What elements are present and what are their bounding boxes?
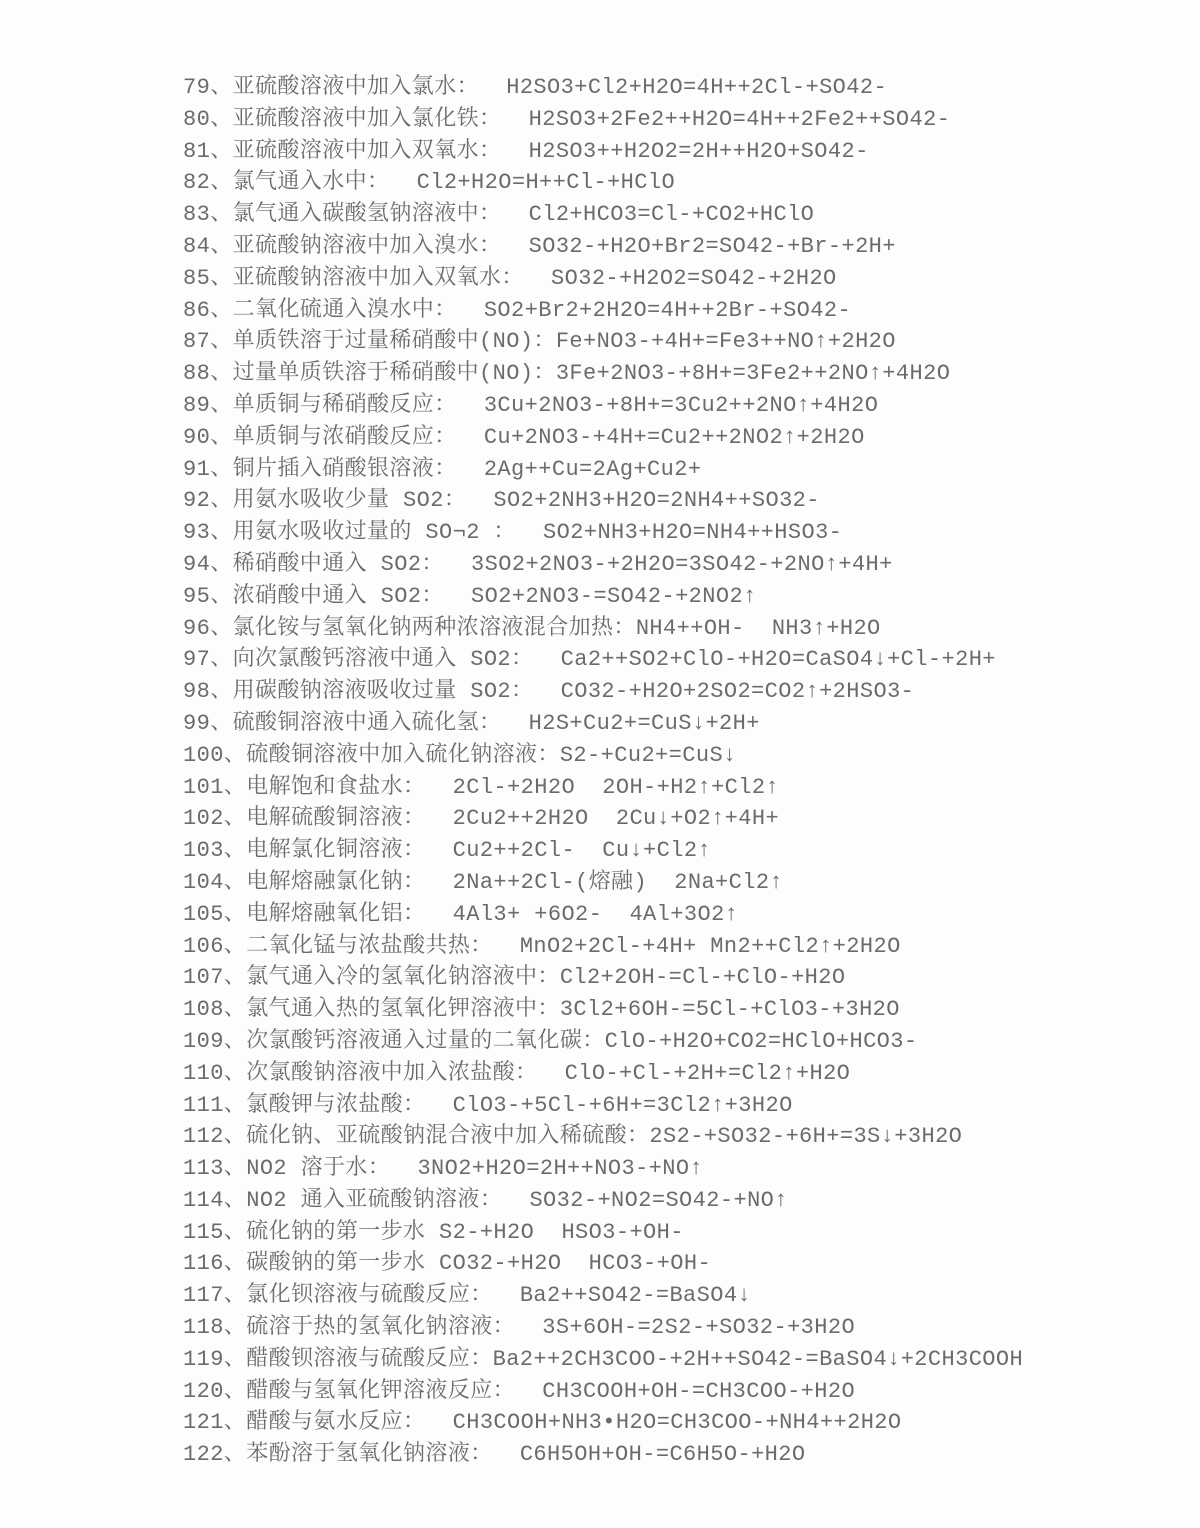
ionic-equation: S2-+Cu2+=CuS↓ — [560, 743, 737, 768]
reaction-description: NO2 溶于水： — [246, 1156, 390, 1181]
reaction-description: 氯气通入水中： — [233, 170, 390, 195]
reaction-description: 单质铜与浓硝酸反应： — [233, 425, 457, 450]
reaction-description: NO2 通入亚硫酸钠溶液： — [246, 1188, 502, 1213]
ionic-equation: H2SO3+2Fe2++H2O=4H++2Fe2++SO42- — [501, 107, 950, 132]
ionic-equation: H2S+Cu2+=CuS↓+2H+ — [501, 711, 759, 736]
line-number: 95、 — [183, 584, 233, 609]
reaction-description: 向次氯酸钙溶液中通入 SO2： — [233, 647, 534, 672]
reaction-description: 氯气通入冷的氢氧化钠溶液中： — [246, 965, 560, 990]
line-number: 120、 — [183, 1379, 246, 1404]
ionic-equation: SO2+NH3+H2O=NH4++HSO3- — [516, 520, 842, 545]
reaction-description: 硫化钠的第一步水 — [246, 1220, 425, 1245]
equation-line: 94、稀硝酸中通入 SO2： 3SO2+2NO3-+2H2O=3SO42-+2N… — [183, 549, 1170, 581]
equation-line: 96、氯化铵与氢氧化钠两种浓溶液混合加热：NH4++OH- NH3↑+H2O — [183, 613, 1170, 645]
ionic-equation: ClO3-+5Cl-+6H+=3Cl2↑+3H2O — [425, 1093, 792, 1118]
ionic-equation: ClO-+Cl-+2H+=Cl2↑+H2O — [537, 1061, 850, 1086]
line-number: 115、 — [183, 1220, 246, 1245]
ionic-equation: Cl2+2OH-=Cl-+ClO-+H2O — [560, 965, 846, 990]
line-number: 105、 — [183, 902, 246, 927]
equation-line: 83、氯气通入碳酸氢钠溶液中： Cl2+HCO3=Cl-+CO2+HClO — [183, 199, 1170, 231]
equation-line: 110、次氯酸钠溶液中加入浓盐酸： ClO-+Cl-+2H+=Cl2↑+H2O — [183, 1058, 1170, 1090]
ionic-equation: Cu2++2Cl- Cu↓+Cl2↑ — [425, 838, 711, 863]
line-number: 93、 — [183, 520, 233, 545]
line-number: 90、 — [183, 425, 233, 450]
reaction-description: 氯酸钾与浓盐酸： — [246, 1093, 425, 1118]
reaction-description: 氯化钡溶液与硫酸反应： — [246, 1283, 492, 1308]
equation-line: 121、醋酸与氨水反应： CH3COOH+NH3•H2O=CH3COO-+NH4… — [183, 1407, 1170, 1439]
equation-line: 84、亚硫酸钠溶液中加入溴水： SO32-+H2O+Br2=SO42-+Br-+… — [183, 231, 1170, 263]
equation-line: 120、醋酸与氢氧化钾溶液反应： CH3COOH+OH-=CH3COO-+H2O — [183, 1376, 1170, 1408]
ionic-equation: 3SO2+2NO3-+2H2O=3SO42-+2NO↑+4H+ — [444, 552, 893, 577]
document-page: 79、亚硫酸溶液中加入氯水： H2SO3+Cl2+H2O=4H++2Cl-+SO… — [0, 0, 1200, 1528]
equation-line: 95、浓硝酸中通入 SO2： SO2+2NO3-=SO42-+2NO2↑ — [183, 581, 1170, 613]
ionic-equation: C6H5OH+OH-=C6H5O-+H2O — [493, 1442, 806, 1467]
ionic-equation: 4Al3+ +6O2- 4Al+3O2↑ — [425, 902, 738, 927]
equation-line: 107、氯气通入冷的氢氧化钠溶液中：Cl2+2OH-=Cl-+ClO-+H2O — [183, 962, 1170, 994]
line-number: 82、 — [183, 170, 233, 195]
line-number: 113、 — [183, 1156, 246, 1181]
line-number: 114、 — [183, 1188, 246, 1213]
reaction-description: 氯化铵与氢氧化钠两种浓溶液混合加热： — [233, 616, 636, 641]
reaction-description: 亚硫酸溶液中加入氯水： — [233, 75, 479, 100]
line-number: 87、 — [183, 329, 233, 354]
equation-line: 88、过量单质铁溶于稀硝酸中(NO)：3Fe+2NO3-+8H+=3Fe2++2… — [183, 358, 1170, 390]
equation-line: 112、硫化钠、亚硫酸钠混合液中加入稀硫酸：2S2-+SO32-+6H+=3S↓… — [183, 1121, 1170, 1153]
line-number: 112、 — [183, 1124, 246, 1149]
equation-line: 105、电解熔融氧化铝： 4Al3+ +6O2- 4Al+3O2↑ — [183, 899, 1170, 931]
ionic-equation: 2Ag++Cu=2Ag+Cu2+ — [457, 457, 702, 482]
ionic-equation: SO32-+H2O+Br2=SO42-+Br-+2H+ — [501, 234, 895, 259]
equation-line: 101、电解饱和食盐水： 2Cl-+2H2O 2OH-+H2↑+Cl2↑ — [183, 772, 1170, 804]
reaction-description: 电解氯化铜溶液： — [246, 838, 425, 863]
reaction-description: 电解熔融氧化铝： — [246, 902, 425, 927]
ionic-equation: SO2+Br2+2H2O=4H++2Br-+SO42- — [457, 298, 851, 323]
equation-line: 108、氯气通入热的氢氧化钾溶液中：3Cl2+6OH-=5Cl-+ClO3-+3… — [183, 994, 1170, 1026]
line-number: 89、 — [183, 393, 233, 418]
ionic-equation: SO2+2NH3+H2O=2NH4++SO32- — [466, 488, 820, 513]
reaction-description: 用氨水吸收少量 SO2： — [233, 488, 467, 513]
line-number: 117、 — [183, 1283, 246, 1308]
ionic-equation: Ca2++SO2+ClO-+H2O=CaSO4↓+Cl-+2H+ — [533, 647, 995, 672]
line-number: 85、 — [183, 266, 233, 291]
line-number: 118、 — [183, 1315, 246, 1340]
ionic-equation: Cl2+HCO3=Cl-+CO2+HClO — [501, 202, 814, 227]
ionic-equation: Cl2+H2O=H++Cl-+HClO — [389, 170, 675, 195]
ionic-equation: 2S2-+SO32-+6H+=3S↓+3H2O — [649, 1124, 962, 1149]
equation-line: 91、铜片插入硝酸银溶液： 2Ag++Cu=2Ag+Cu2+ — [183, 454, 1170, 486]
equation-line: 81、亚硫酸溶液中加入双氧水： H2SO3++H2O2=2H++H2O+SO42… — [183, 136, 1170, 168]
reaction-description: 铜片插入硝酸银溶液： — [233, 457, 457, 482]
reaction-description: 二氧化硫通入溴水中： — [233, 298, 457, 323]
ionic-equation: 3S+6OH-=2S2-+SO32-+3H2O — [515, 1315, 855, 1340]
ionic-equation: 2Cl-+2H2O 2OH-+H2↑+Cl2↑ — [425, 775, 779, 800]
ionic-equation: Ba2++2CH3COO-+2H++SO42-=BaSO4↓+2CH3COOH — [493, 1347, 1023, 1372]
line-number: 106、 — [183, 934, 246, 959]
equation-line: 87、单质铁溶于过量稀硝酸中(NO)：Fe+NO3-+4H+=Fe3++NO↑+… — [183, 326, 1170, 358]
equation-line: 113、NO2 溶于水： 3NO2+H2O=2H++NO3-+NO↑ — [183, 1153, 1170, 1185]
equation-line: 80、亚硫酸溶液中加入氯化铁： H2SO3+2Fe2++H2O=4H++2Fe2… — [183, 104, 1170, 136]
ionic-equation: SO2+2NO3-=SO42-+2NO2↑ — [444, 584, 757, 609]
reaction-description: 用氨水吸收过量的 SO¬2 ： — [233, 520, 516, 545]
reaction-description: 单质铜与稀硝酸反应： — [233, 393, 457, 418]
ionic-equation: 3NO2+H2O=2H++NO3-+NO↑ — [390, 1156, 703, 1181]
line-number: 83、 — [183, 202, 233, 227]
line-number: 97、 — [183, 647, 233, 672]
line-number: 122、 — [183, 1442, 246, 1467]
line-number: 109、 — [183, 1029, 246, 1054]
line-number: 108、 — [183, 997, 246, 1022]
line-number: 80、 — [183, 107, 233, 132]
equation-line: 79、亚硫酸溶液中加入氯水： H2SO3+Cl2+H2O=4H++2Cl-+SO… — [183, 72, 1170, 104]
line-number: 91、 — [183, 457, 233, 482]
ionic-equation: SO32-+H2O2=SO42-+2H2O — [524, 266, 837, 291]
ionic-equation: Fe+NO3-+4H+=Fe3++NO↑+2H2O — [556, 329, 896, 354]
equation-list: 79、亚硫酸溶液中加入氯水： H2SO3+Cl2+H2O=4H++2Cl-+SO… — [183, 72, 1170, 1471]
equation-line: 89、单质铜与稀硝酸反应： 3Cu+2NO3-+8H+=3Cu2++2NO↑+4… — [183, 390, 1170, 422]
line-number: 98、 — [183, 679, 233, 704]
line-number: 94、 — [183, 552, 233, 577]
equation-line: 114、NO2 通入亚硫酸钠溶液： SO32-+NO2=SO42-+NO↑ — [183, 1185, 1170, 1217]
equation-line: 118、硫溶于热的氢氧化钠溶液： 3S+6OH-=2S2-+SO32-+3H2O — [183, 1312, 1170, 1344]
ionic-equation: S2-+H2O HSO3-+OH- — [425, 1220, 683, 1245]
ionic-equation: 2Cu2++2H2O 2Cu↓+O2↑+4H+ — [425, 806, 779, 831]
reaction-description: 亚硫酸溶液中加入氯化铁： — [233, 107, 502, 132]
reaction-description: 二氧化锰与浓盐酸共热： — [246, 934, 492, 959]
equation-line: 98、用碳酸钠溶液吸收过量 SO2： CO32-+H2O+2SO2=CO2↑+2… — [183, 676, 1170, 708]
ionic-equation: CO32-+H2O+2SO2=CO2↑+2HSO3- — [533, 679, 914, 704]
line-number: 84、 — [183, 234, 233, 259]
reaction-description: 电解饱和食盐水： — [246, 775, 425, 800]
equation-line: 100、硫酸铜溶液中加入硫化钠溶液：S2-+Cu2+=CuS↓ — [183, 740, 1170, 772]
ionic-equation: 3Fe+2NO3-+8H+=3Fe2++2NO↑+4H2O — [556, 361, 950, 386]
reaction-description: 醋酸与氨水反应： — [246, 1410, 425, 1435]
reaction-description: 硫化钠、亚硫酸钠混合液中加入稀硫酸： — [246, 1124, 649, 1149]
equation-line: 86、二氧化硫通入溴水中： SO2+Br2+2H2O=4H++2Br-+SO42… — [183, 295, 1170, 327]
reaction-description: 浓硝酸中通入 SO2： — [233, 584, 444, 609]
equation-line: 99、硫酸铜溶液中通入硫化氢： H2S+Cu2+=CuS↓+2H+ — [183, 708, 1170, 740]
equation-line: 109、次氯酸钙溶液通入过量的二氧化碳：ClO-+H2O+CO2=HClO+HC… — [183, 1026, 1170, 1058]
line-number: 92、 — [183, 488, 233, 513]
line-number: 116、 — [183, 1251, 246, 1276]
reaction-description: 苯酚溶于氢氧化钠溶液： — [246, 1442, 492, 1467]
ionic-equation: MnO2+2Cl-+4H+ Mn2++Cl2↑+2H2O — [493, 934, 901, 959]
ionic-equation: CO32-+H2O HCO3-+OH- — [425, 1251, 711, 1276]
ionic-equation: CH3COOH+NH3•H2O=CH3COO-+NH4++2H2O — [425, 1410, 901, 1435]
ionic-equation: 2Na++2Cl-(熔融) 2Na+Cl2↑ — [425, 870, 783, 895]
equation-line: 103、电解氯化铜溶液： Cu2++2Cl- Cu↓+Cl2↑ — [183, 835, 1170, 867]
reaction-description: 稀硝酸中通入 SO2： — [233, 552, 444, 577]
ionic-equation: SO32-+NO2=SO42-+NO↑ — [502, 1188, 788, 1213]
equation-line: 116、碳酸钠的第一步水 CO32-+H2O HCO3-+OH- — [183, 1248, 1170, 1280]
line-number: 99、 — [183, 711, 233, 736]
equation-line: 97、向次氯酸钙溶液中通入 SO2： Ca2++SO2+ClO-+H2O=CaS… — [183, 644, 1170, 676]
reaction-description: 醋酸钡溶液与硫酸反应： — [246, 1347, 492, 1372]
line-number: 104、 — [183, 870, 246, 895]
equation-line: 117、氯化钡溶液与硫酸反应： Ba2++SO42-=BaSO4↓ — [183, 1280, 1170, 1312]
line-number: 102、 — [183, 806, 246, 831]
equation-line: 104、电解熔融氯化钠： 2Na++2Cl-(熔融) 2Na+Cl2↑ — [183, 867, 1170, 899]
equation-line: 82、氯气通入水中： Cl2+H2O=H++Cl-+HClO — [183, 167, 1170, 199]
reaction-description: 硫酸铜溶液中加入硫化钠溶液： — [246, 743, 560, 768]
line-number: 96、 — [183, 616, 233, 641]
equation-line: 92、用氨水吸收少量 SO2： SO2+2NH3+H2O=2NH4++SO32- — [183, 485, 1170, 517]
line-number: 88、 — [183, 361, 233, 386]
equation-line: 122、苯酚溶于氢氧化钠溶液： C6H5OH+OH-=C6H5O-+H2O — [183, 1439, 1170, 1471]
line-number: 79、 — [183, 75, 233, 100]
equation-line: 93、用氨水吸收过量的 SO¬2 ： SO2+NH3+H2O=NH4++HSO3… — [183, 517, 1170, 549]
reaction-description: 亚硫酸钠溶液中加入双氧水： — [233, 266, 524, 291]
reaction-description: 用碳酸钠溶液吸收过量 SO2： — [233, 679, 534, 704]
equation-line: 102、电解硫酸铜溶液： 2Cu2++2H2O 2Cu↓+O2↑+4H+ — [183, 803, 1170, 835]
ionic-equation: 3Cl2+6OH-=5Cl-+ClO3-+3H2O — [560, 997, 900, 1022]
line-number: 86、 — [183, 298, 233, 323]
reaction-description: 亚硫酸溶液中加入双氧水： — [233, 139, 502, 164]
line-number: 81、 — [183, 139, 233, 164]
line-number: 101、 — [183, 775, 246, 800]
equation-line: 106、二氧化锰与浓盐酸共热： MnO2+2Cl-+4H+ Mn2++Cl2↑+… — [183, 931, 1170, 963]
reaction-description: 过量单质铁溶于稀硝酸中(NO)： — [233, 361, 556, 386]
reaction-description: 硫溶于热的氢氧化钠溶液： — [246, 1315, 515, 1340]
ionic-equation: Cu+2NO3-+4H+=Cu2++2NO2↑+2H2O — [457, 425, 865, 450]
line-number: 110、 — [183, 1061, 246, 1086]
reaction-description: 电解熔融氯化钠： — [246, 870, 425, 895]
reaction-description: 次氯酸钠溶液中加入浓盐酸： — [246, 1061, 537, 1086]
ionic-equation: H2SO3++H2O2=2H++H2O+SO42- — [501, 139, 868, 164]
line-number: 111、 — [183, 1093, 246, 1118]
reaction-description: 电解硫酸铜溶液： — [246, 806, 425, 831]
ionic-equation: 3Cu+2NO3-+8H+=3Cu2++2NO↑+4H2O — [457, 393, 879, 418]
line-number: 103、 — [183, 838, 246, 863]
equation-line: 85、亚硫酸钠溶液中加入双氧水： SO32-+H2O2=SO42-+2H2O — [183, 263, 1170, 295]
equation-line: 115、硫化钠的第一步水 S2-+H2O HSO3-+OH- — [183, 1217, 1170, 1249]
reaction-description: 醋酸与氢氧化钾溶液反应： — [246, 1379, 515, 1404]
reaction-description: 氯气通入热的氢氧化钾溶液中： — [246, 997, 560, 1022]
reaction-description: 次氯酸钙溶液通入过量的二氧化碳： — [246, 1029, 604, 1054]
reaction-description: 碳酸钠的第一步水 — [246, 1251, 425, 1276]
reaction-description: 氯气通入碳酸氢钠溶液中： — [233, 202, 502, 227]
line-number: 107、 — [183, 965, 246, 990]
line-number: 121、 — [183, 1410, 246, 1435]
equation-line: 90、单质铜与浓硝酸反应： Cu+2NO3-+4H+=Cu2++2NO2↑+2H… — [183, 422, 1170, 454]
reaction-description: 硫酸铜溶液中通入硫化氢： — [233, 711, 502, 736]
ionic-equation: Ba2++SO42-=BaSO4↓ — [493, 1283, 751, 1308]
reaction-description: 亚硫酸钠溶液中加入溴水： — [233, 234, 502, 259]
ionic-equation: H2SO3+Cl2+H2O=4H++2Cl-+SO42- — [479, 75, 887, 100]
equation-line: 111、氯酸钾与浓盐酸： ClO3-+5Cl-+6H+=3Cl2↑+3H2O — [183, 1090, 1170, 1122]
equation-line: 119、醋酸钡溶液与硫酸反应：Ba2++2CH3COO-+2H++SO42-=B… — [183, 1344, 1170, 1376]
line-number: 100、 — [183, 743, 246, 768]
line-number: 119、 — [183, 1347, 246, 1372]
ionic-equation: CH3COOH+OH-=CH3COO-+H2O — [515, 1379, 855, 1404]
ionic-equation: ClO-+H2O+CO2=HClO+HCO3- — [605, 1029, 918, 1054]
reaction-description: 单质铁溶于过量稀硝酸中(NO)： — [233, 329, 556, 354]
ionic-equation: NH4++OH- NH3↑+H2O — [636, 616, 881, 641]
